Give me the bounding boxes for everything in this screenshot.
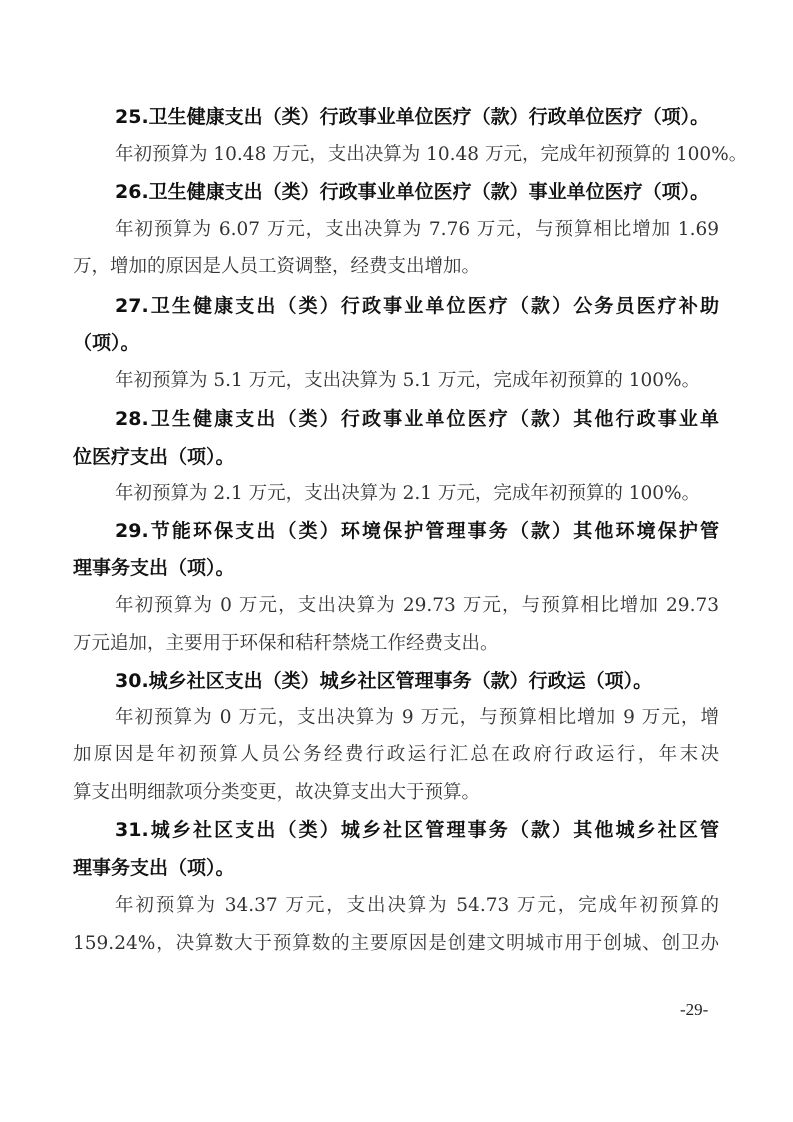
section-29-body-line-2: 万元追加，主要用于环保和秸秆禁烧工作经费支出。 bbox=[73, 631, 719, 657]
section-28-heading-line-1: 28.卫生健康支出（类）行政事业单位医疗（款）其他行政事业单 bbox=[115, 406, 719, 432]
page-number: -29- bbox=[680, 1000, 708, 1020]
section-30-body-line-3: 算支出明细款项分类变更，故决算支出大于预算。 bbox=[73, 780, 719, 806]
section-26-body-line-1: 年初预算为 6.07 万元，支出决算为 7.76 万元，与预算相比增加 1.69 bbox=[115, 217, 719, 243]
section-29-body-line-1: 年初预算为 0 万元，支出决算为 29.73 万元，与预算相比增加 29.73 bbox=[115, 593, 719, 619]
section-31-body-line-1: 年初预算为 34.37 万元，支出决算为 54.73 万元，完成年初预算的 bbox=[115, 893, 719, 919]
section-27-heading-line-1: 27.卫生健康支出（类）行政事业单位医疗（款）公务员医疗补助 bbox=[115, 293, 719, 319]
section-31-body-line-2: 159.24%，决算数大于预算数的主要原因是创建文明城市用于创城、创卫办 bbox=[73, 931, 719, 957]
section-31-heading-line-2: 理事务支出（项）。 bbox=[73, 855, 719, 881]
section-26-body-line-2: 万，增加的原因是人员工资调整，经费支出增加。 bbox=[73, 254, 719, 280]
section-31-heading-line-1: 31.城乡社区支出（类）城乡社区管理事务（款）其他城乡社区管 bbox=[115, 817, 719, 843]
section-28-body: 年初预算为 2.1 万元，支出决算为 2.1 万元，完成年初预算的 100%。 bbox=[115, 481, 719, 507]
section-27-body: 年初预算为 5.1 万元，支出决算为 5.1 万元，完成年初预算的 100%。 bbox=[115, 368, 719, 394]
section-30-heading: 30.城乡社区支出（类）城乡社区管理事务（款）行政运（项）。 bbox=[115, 668, 719, 694]
section-29-heading-line-2: 理事务支出（项）。 bbox=[73, 555, 719, 581]
section-26-heading: 26.卫生健康支出（类）行政事业单位医疗（款）事业单位医疗（项）。 bbox=[115, 179, 719, 205]
section-29-heading-line-1: 29.节能环保支出（类）环境保护管理事务（款）其他环境保护管 bbox=[115, 518, 719, 544]
section-28-heading-line-2: 位医疗支出（项）。 bbox=[73, 444, 719, 470]
document-page: 25.卫生健康支出（类）行政事业单位医疗（款）行政单位医疗（项）。 年初预算为 … bbox=[0, 0, 793, 1122]
section-30-body-line-1: 年初预算为 0 万元，支出决算为 9 万元，与预算相比增加 9 万元，增 bbox=[115, 705, 719, 731]
section-25-body: 年初预算为 10.48 万元，支出决算为 10.48 万元，完成年初预算的 10… bbox=[115, 142, 719, 168]
section-30-body-line-2: 加原因是年初预算人员公务经费行政运行汇总在政府行政运行，年末决 bbox=[73, 742, 719, 768]
section-27-heading-line-2: （项）。 bbox=[73, 330, 719, 356]
section-25-heading: 25.卫生健康支出（类）行政事业单位医疗（款）行政单位医疗（项）。 bbox=[115, 104, 719, 130]
